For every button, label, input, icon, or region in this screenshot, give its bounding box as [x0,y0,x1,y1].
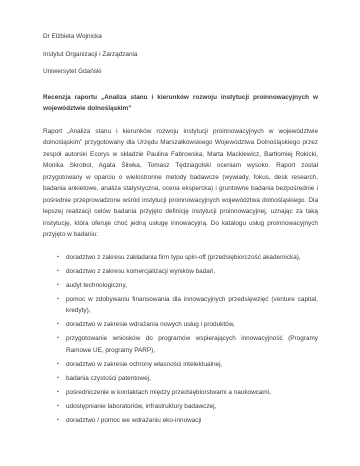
list-item: doradztwo z zakresu komercjalizacji wyni… [66,266,318,278]
author-name: Dr Elżbieta Wojnicka [43,31,318,43]
author-institute: Instytut Organizacji i Zarządzania [43,49,318,61]
author-university: Uniwersytet Gdański [43,66,318,78]
list-item: doradztwo w zakresie ochrony własności i… [66,359,318,371]
list-item: udostępnianie laboratoriów, infrastruktu… [66,401,318,413]
list-item: doradztwo / pomoc we wdrażaniu eko-innow… [66,415,318,427]
list-item: pośredniczenie w kontaktach między przed… [66,387,318,399]
intro-paragraph: Raport „Analiza stanu i kierunków rozwoj… [43,126,318,241]
document-page: Dr Elżbieta Wojnicka Instytut Organizacj… [0,0,360,466]
review-title: Recenzja raportu „Analiza stanu i kierun… [43,92,318,115]
list-item: przygotowanie wniosków do programów wspi… [66,333,318,356]
list-item: doradztwo z zakresu zakładania firm typu… [66,252,318,264]
list-item: pomoc w zdobywaniu finansowania dla inno… [66,294,318,317]
list-item: audyt technologiczny, [66,280,318,292]
services-list: doradztwo z zakresu zakładania firm typu… [43,252,318,427]
list-item: badania czystości patentowej, [66,373,318,385]
document-content: Dr Elżbieta Wojnicka Instytut Organizacj… [0,0,360,426]
list-item: doradztwo w zakresie wdrażania nowych us… [66,319,318,331]
